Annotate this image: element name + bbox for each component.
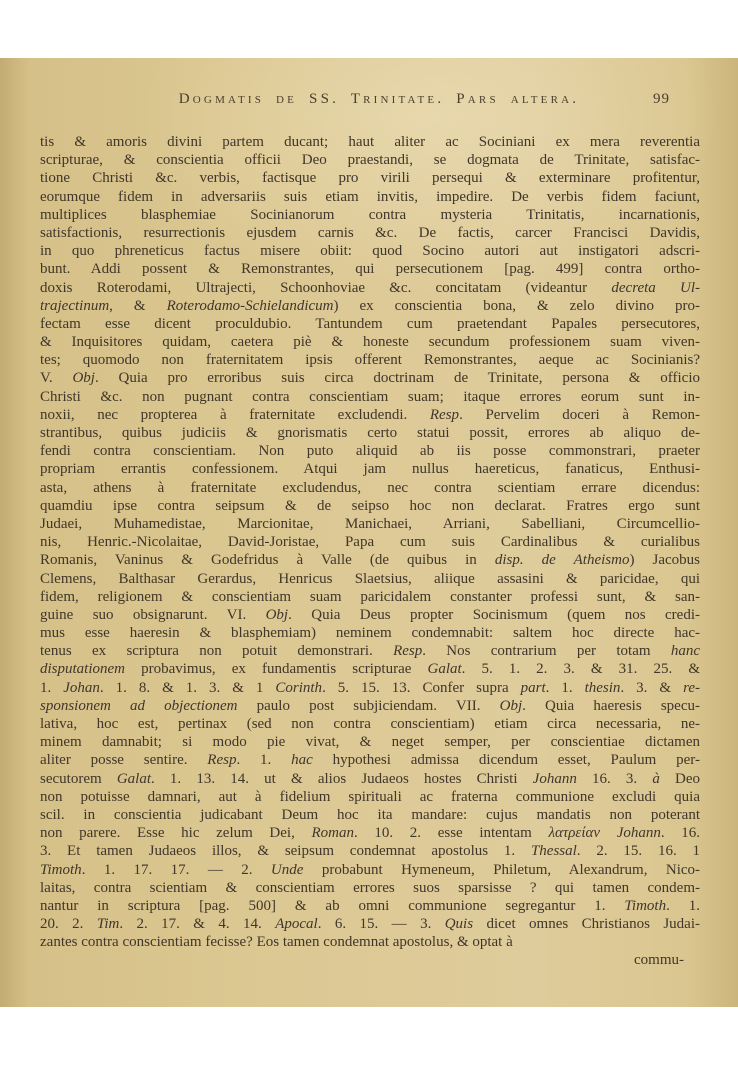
text-line: tione Christi &c. verbis, factisque pro … (40, 169, 700, 187)
text-line: lativa, hoc est, pertinax (sed non contr… (40, 715, 700, 733)
text-line: nantur in scriptura [pag. 500] & ab omni… (40, 897, 700, 915)
text-line: quamdiu ipse contra seipsum & de seipso … (40, 497, 700, 515)
text-line: non parere. Esse hic zelum Dei, Roman. 1… (40, 824, 700, 842)
text-line: eorumque fidem in adversariis suis etiam… (40, 188, 700, 206)
text-line: Judaei, Muhamedistae, Marcionitae, Manic… (40, 515, 700, 533)
text-line: fidem, religionem & conscientiam suam pa… (40, 588, 700, 606)
text-line: Timoth. 1. 17. 17. — 2. Unde probabunt H… (40, 861, 700, 879)
text-line: satisfactionis, resurrectionis ejusdem c… (40, 224, 700, 242)
book-page: Dogmatis de SS. Trinitate. Pars altera. … (0, 58, 738, 1007)
text-line: in quo phreneticus factus misere obiit: … (40, 242, 700, 260)
text-line: Clemens, Balthasar Gerardus, Henricus Sl… (40, 570, 700, 588)
body-text: tis & amoris divini partem ducant; haut … (40, 133, 700, 951)
text-line: mus esse haeresin & blasphemiam) neminem… (40, 624, 700, 642)
text-line: guine suo obsignarunt. VI. Obj. Quia Deu… (40, 606, 700, 624)
text-line: multiplices blasphemiae Socinianorum con… (40, 206, 700, 224)
scanned-book-page: Dogmatis de SS. Trinitate. Pars altera. … (0, 0, 738, 1068)
text-line: Christi &c. non pugnant contra conscient… (40, 388, 700, 406)
text-line: fectam esse dicent proculdubio. Tantunde… (40, 315, 700, 333)
text-line: non potuisse damnari, aut à fidelium spi… (40, 788, 700, 806)
text-line: disputationem probavimus, ex fundamentis… (40, 660, 700, 678)
text-line: trajectinum, & Roterodamo-Schielandicum)… (40, 297, 700, 315)
text-line: scil. in conscientia judicabant Deum hoc… (40, 806, 700, 824)
text-line: 20. 2. Tim. 2. 17. & 4. 14. Apocal. 6. 1… (40, 915, 700, 933)
text-line: nis, Henric.-Nicolaitae, David-Joristae,… (40, 533, 700, 551)
text-line: secutorem Galat. 1. 13. 14. ut & alios J… (40, 770, 700, 788)
text-line: tenus ex scriptura non potuit demonstrar… (40, 642, 700, 660)
text-line: laitas, contra scientiam & conscientiam … (40, 879, 700, 897)
text-line: V. Obj. Quia pro erroribus suis circa do… (40, 369, 700, 387)
text-line: asta, athens à fraternitate excludendus,… (40, 479, 700, 497)
text-line: tes; quomodo non fraternitatem ipsis off… (40, 351, 700, 369)
text-line: strantibus, quibus judiciis & gnorismati… (40, 424, 700, 442)
text-line: 1. Johan. 1. 8. & 1. 3. & 1 Corinth. 5. … (40, 679, 700, 697)
text-line: bunt. Addi possent & Remonstrantes, qui … (40, 260, 700, 278)
text-line: scripturae, & conscientia officii Deo pr… (40, 151, 700, 169)
page-number: 99 (653, 89, 670, 109)
text-line: doxis Roterodami, Ultrajecti, Schoonhovi… (40, 279, 700, 297)
running-header: Dogmatis de SS. Trinitate. Pars altera. … (40, 89, 700, 109)
text-line: zantes contra conscientiam fecisse? Eos … (40, 933, 700, 951)
text-line: Romanis, Vaninus & Godefridus à Valle (d… (40, 551, 700, 569)
text-line: fendi contra conscientiam. Non puto aliq… (40, 442, 700, 460)
text-line: tis & amoris divini partem ducant; haut … (40, 133, 700, 151)
running-header-title: Dogmatis de SS. Trinitate. Pars altera. (40, 89, 700, 109)
text-line: sponsionem ad objectionem paulo post sub… (40, 697, 700, 715)
catchword: commu- (40, 951, 700, 969)
text-line: aliter posse sentire. Resp. 1. hac hypot… (40, 751, 700, 769)
text-line: propriam errantis confessionem. Atqui ja… (40, 460, 700, 478)
text-line: minem damnabit; si modo pie vivat, & neg… (40, 733, 700, 751)
text-line: & Inquisitores quidam, caetera piè & hon… (40, 333, 700, 351)
text-line: 3. Et tamen Judaeos illos, & seipsum con… (40, 842, 700, 860)
text-line: noxii, nec propterea à fraternitate excl… (40, 406, 700, 424)
